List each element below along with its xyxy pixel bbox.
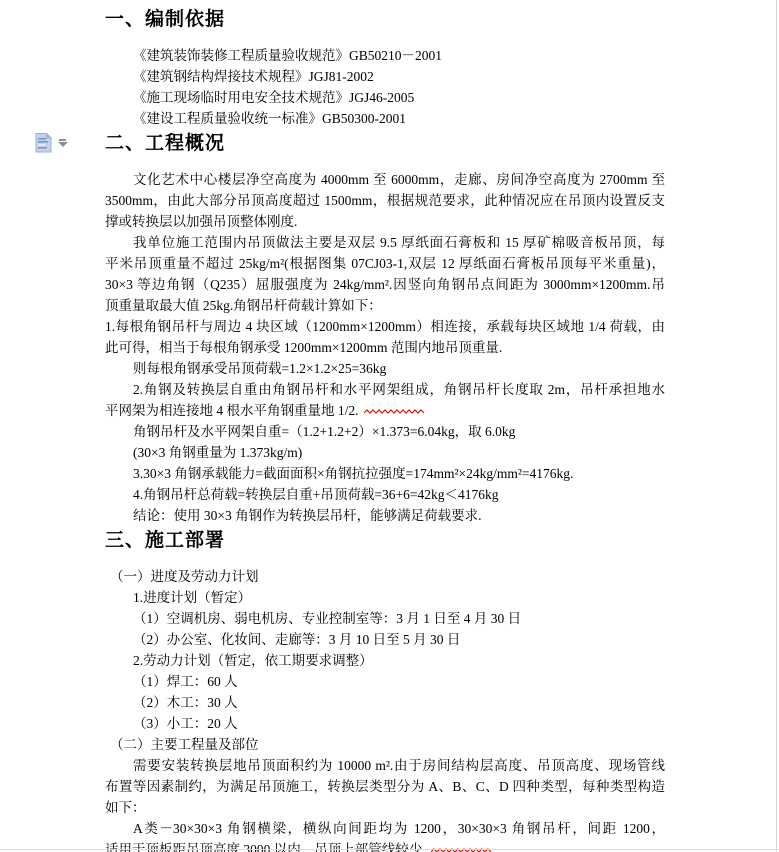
text-line: 平米吊顶重量不超过 25kg/m²(根据图集 07CJ03-1,双层 12 厚纸… <box>105 253 665 274</box>
line-text: 此可得，相当于每根角钢承受 1200mm×1200mm 范围内地吊顶重量. <box>105 340 502 355</box>
line-text: 3.30×3 角钢承载能力=截面面积×角钢抗拉强度=174mm²×24kg/mm… <box>133 466 573 481</box>
text-line: 《建设工程质量验收统一标准》GB50300-2001 <box>105 108 665 129</box>
line-text: 平网架为相连接地 4 根水平角钢重量地 1/2. <box>105 403 359 418</box>
chevron-down-icon <box>58 139 67 147</box>
text-line: 1.每根角钢吊杆与周边 4 块区域（1200mm×1200mm）相连接，承载每块… <box>105 316 665 337</box>
line-text: 角钢吊杆及水平网架自重=（1.2+1.2+2）×1.373=6.04kg，取 6… <box>133 424 515 439</box>
section-heading: 三、施工部署 <box>105 529 665 553</box>
text-line: （2）木工：30 人 <box>105 692 665 713</box>
text-line: （1）空调机房、弱电机房、专业控制室等：3 月 1 日至 4 月 30 日 <box>105 608 665 629</box>
line-text: 撑或转换层以加强吊顶整体刚度. <box>105 214 297 229</box>
line-text: 2.劳动力计划（暂定，依工期要求调整） <box>133 653 373 668</box>
text-line: 3500mm，由此大部分吊顶高度超过 1500mm，根据规范要求，此种情况应在吊… <box>105 190 665 211</box>
text-line: 2.劳动力计划（暂定，依工期要求调整） <box>105 650 665 671</box>
line-text: （2）木工：30 人 <box>133 695 238 710</box>
line-text: 《建筑钢结构焊接技术规程》JGJ81-2002 <box>133 69 374 84</box>
heading-text: 一、编制依据 <box>105 9 225 30</box>
line-text: （1）焊工：60 人 <box>133 674 238 689</box>
text-line: A类－30×30×3 角钢横梁，横纵向间距均为 1200，30×30×3 角钢吊… <box>105 818 665 839</box>
line-text: 平米吊顶重量不超过 25kg/m²(根据图集 07CJ03-1,双层 12 厚纸… <box>105 256 665 271</box>
line-text: 如下： <box>105 800 146 815</box>
document-body: 一、编制依据《建筑装饰装修工程质量验收规范》GB50210－2001《建筑钢结构… <box>105 0 665 852</box>
line-text: 结论：使用 30×3 角钢作为转换层吊杆，能够满足荷载要求. <box>133 508 482 523</box>
line-text: (30×3 角钢重量为 1.373kg/m) <box>133 445 302 460</box>
line-text: 4.角钢吊杆总荷载=转换层自重+吊顶荷载=36+6=42kg＜4176kg <box>133 487 498 502</box>
text-line: 角钢吊杆及水平网架自重=（1.2+1.2+2）×1.373=6.04kg，取 6… <box>105 421 665 442</box>
text-line: 4.角钢吊杆总荷载=转换层自重+吊顶荷载=36+6=42kg＜4176kg <box>105 484 665 505</box>
page-bottom-border <box>0 849 779 850</box>
line-text: A类－30×30×3 角钢横梁，横纵向间距均为 1200，30×30×3 角钢吊… <box>133 821 665 836</box>
text-line: 3.30×3 角钢承载能力=截面面积×角钢抗拉强度=174mm²×24kg/mm… <box>105 463 665 484</box>
text-line: 30×3 等边角钢（Q235）屈服强度为 24kg/mm².因竖向角钢吊点间距为… <box>105 274 665 295</box>
text-line: （2）办公室、化妆间、走廊等：3 月 10 日至 5 月 30 日 <box>105 629 665 650</box>
text-line: 我单位施工范围内吊顶做法主要是双层 9.5 厚纸面石膏板和 15 厚矿棉吸音板吊… <box>105 232 665 253</box>
text-line: 文化艺术中心楼层净空高度为 4000mm 至 6000mm，走廊、房间净空高度为… <box>105 169 665 190</box>
line-text: 需要安装转换层地吊顶面积约为 10000 m².由于房间结构层高度、吊顶高度、现… <box>133 758 665 773</box>
text-line: 如下： <box>105 797 665 818</box>
text-line: 2.角钢及转换层自重由角钢吊杆和水平网架组成，角钢吊杆长度取 2m，吊杆承担地水 <box>105 379 665 400</box>
line-text: 30×3 等边角钢（Q235）屈服强度为 24kg/mm².因竖向角钢吊点间距为… <box>105 277 665 292</box>
text-line: 则每根角钢承受吊顶荷载=1.2×1.2×25=36kg <box>105 358 665 379</box>
section-heading: 一、编制依据 <box>105 8 665 32</box>
line-text: （一）进度及劳动力计划 <box>110 569 259 584</box>
line-text: （3）小工：20 人 <box>133 716 238 731</box>
text-line: 撑或转换层以加强吊顶整体刚度. <box>105 211 665 232</box>
text-line: 布置等因素制约，为满足吊顶施工，转换层类型分为 A、B、C、D 四种类型，每种类… <box>105 776 665 797</box>
line-text: （二）主要工程量及部位 <box>110 737 259 752</box>
line-text: 则每根角钢承受吊顶荷载=1.2×1.2×25=36kg <box>133 361 386 376</box>
line-text: 1.进度计划（暂定） <box>133 590 251 605</box>
heading-text: 二、工程概况 <box>105 133 225 154</box>
text-line: 1.进度计划（暂定） <box>105 587 665 608</box>
line-text: 文化艺术中心楼层净空高度为 4000mm 至 6000mm，走廊、房间净空高度为… <box>133 172 665 187</box>
line-text: 适用于顶板距吊顶高度 3000 以内，吊顶上部管线较少. <box>105 842 426 852</box>
heading-text: 三、施工部署 <box>105 530 225 551</box>
line-text: 《建筑装饰装修工程质量验收规范》GB50210－2001 <box>133 48 442 63</box>
text-line: 顶重量取最大值 25kg.角钢吊杆荷载计算如下： <box>105 295 665 316</box>
line-text: 我单位施工范围内吊顶做法主要是双层 9.5 厚纸面石膏板和 15 厚矿棉吸音板吊… <box>133 235 665 250</box>
text-line: (30×3 角钢重量为 1.373kg/m) <box>105 442 665 463</box>
text-line: 结论：使用 30×3 角钢作为转换层吊杆，能够满足荷载要求. <box>105 505 665 526</box>
text-line: 《建筑装饰装修工程质量验收规范》GB50210－2001 <box>105 45 665 66</box>
line-text: 3500mm，由此大部分吊顶高度超过 1500mm，根据规范要求，此种情况应在吊… <box>105 193 665 208</box>
text-line: （1）焊工：60 人 <box>105 671 665 692</box>
paste-options-button[interactable] <box>34 131 70 157</box>
line-text: （2）办公室、化妆间、走廊等：3 月 10 日至 5 月 30 日 <box>133 632 460 647</box>
line-text: 顶重量取最大值 25kg.角钢吊杆荷载计算如下： <box>105 298 382 313</box>
page-right-border <box>776 0 777 852</box>
section-heading: 二、工程概况 <box>105 132 665 156</box>
line-text: （1）空调机房、弱电机房、专业控制室等：3 月 1 日至 4 月 30 日 <box>133 611 521 626</box>
text-line: （二）主要工程量及部位 <box>105 734 665 755</box>
text-line: 平网架为相连接地 4 根水平角钢重量地 1/2. <box>105 400 665 421</box>
line-text: 《施工现场临时用电安全技术规范》JGJ46-2005 <box>133 90 414 105</box>
text-line: 《建筑钢结构焊接技术规程》JGJ81-2002 <box>105 66 665 87</box>
text-line: （一）进度及劳动力计划 <box>105 566 665 587</box>
text-line: 需要安装转换层地吊顶面积约为 10000 m².由于房间结构层高度、吊顶高度、现… <box>105 755 665 776</box>
paste-clipboard-icon <box>34 131 54 155</box>
text-line: 此可得，相当于每根角钢承受 1200mm×1200mm 范围内地吊顶重量. <box>105 337 665 358</box>
spellcheck-squiggle-icon <box>364 408 426 415</box>
line-text: 布置等因素制约，为满足吊顶施工，转换层类型分为 A、B、C、D 四种类型，每种类… <box>105 779 665 794</box>
text-line: （3）小工：20 人 <box>105 713 665 734</box>
text-line: 适用于顶板距吊顶高度 3000 以内，吊顶上部管线较少. <box>105 839 665 852</box>
line-text: 2.角钢及转换层自重由角钢吊杆和水平网架组成，角钢吊杆长度取 2m，吊杆承担地水 <box>133 382 665 397</box>
text-line: 《施工现场临时用电安全技术规范》JGJ46-2005 <box>105 87 665 108</box>
line-text: 《建设工程质量验收统一标准》GB50300-2001 <box>133 111 406 126</box>
line-text: 1.每根角钢吊杆与周边 4 块区域（1200mm×1200mm）相连接，承载每块… <box>105 319 665 334</box>
